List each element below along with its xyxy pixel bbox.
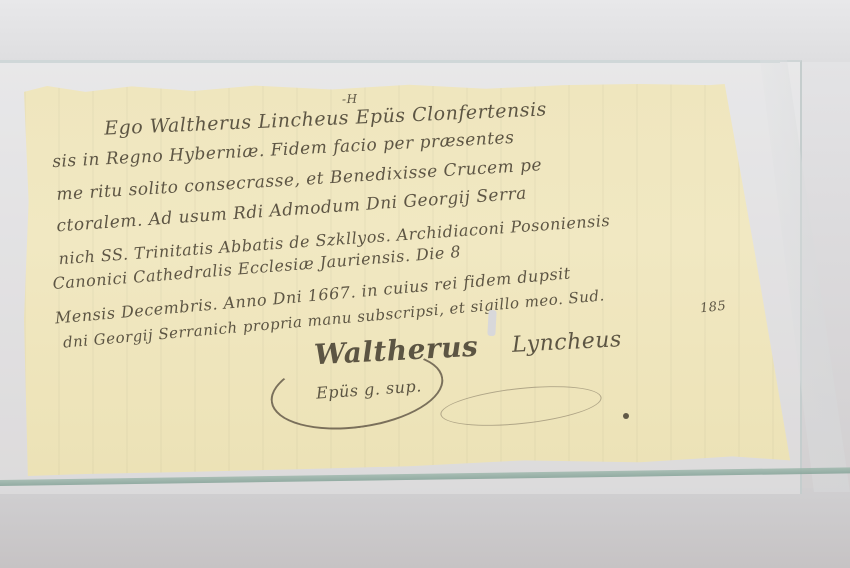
museum-wall <box>0 0 850 62</box>
manuscript-header-mark: -H <box>342 92 358 107</box>
manuscript-date-mark: 185 <box>699 299 727 317</box>
ink-dot <box>623 413 629 419</box>
glass-top-edge <box>0 60 780 63</box>
paper-hole <box>487 310 496 336</box>
display-case-base <box>0 488 850 568</box>
